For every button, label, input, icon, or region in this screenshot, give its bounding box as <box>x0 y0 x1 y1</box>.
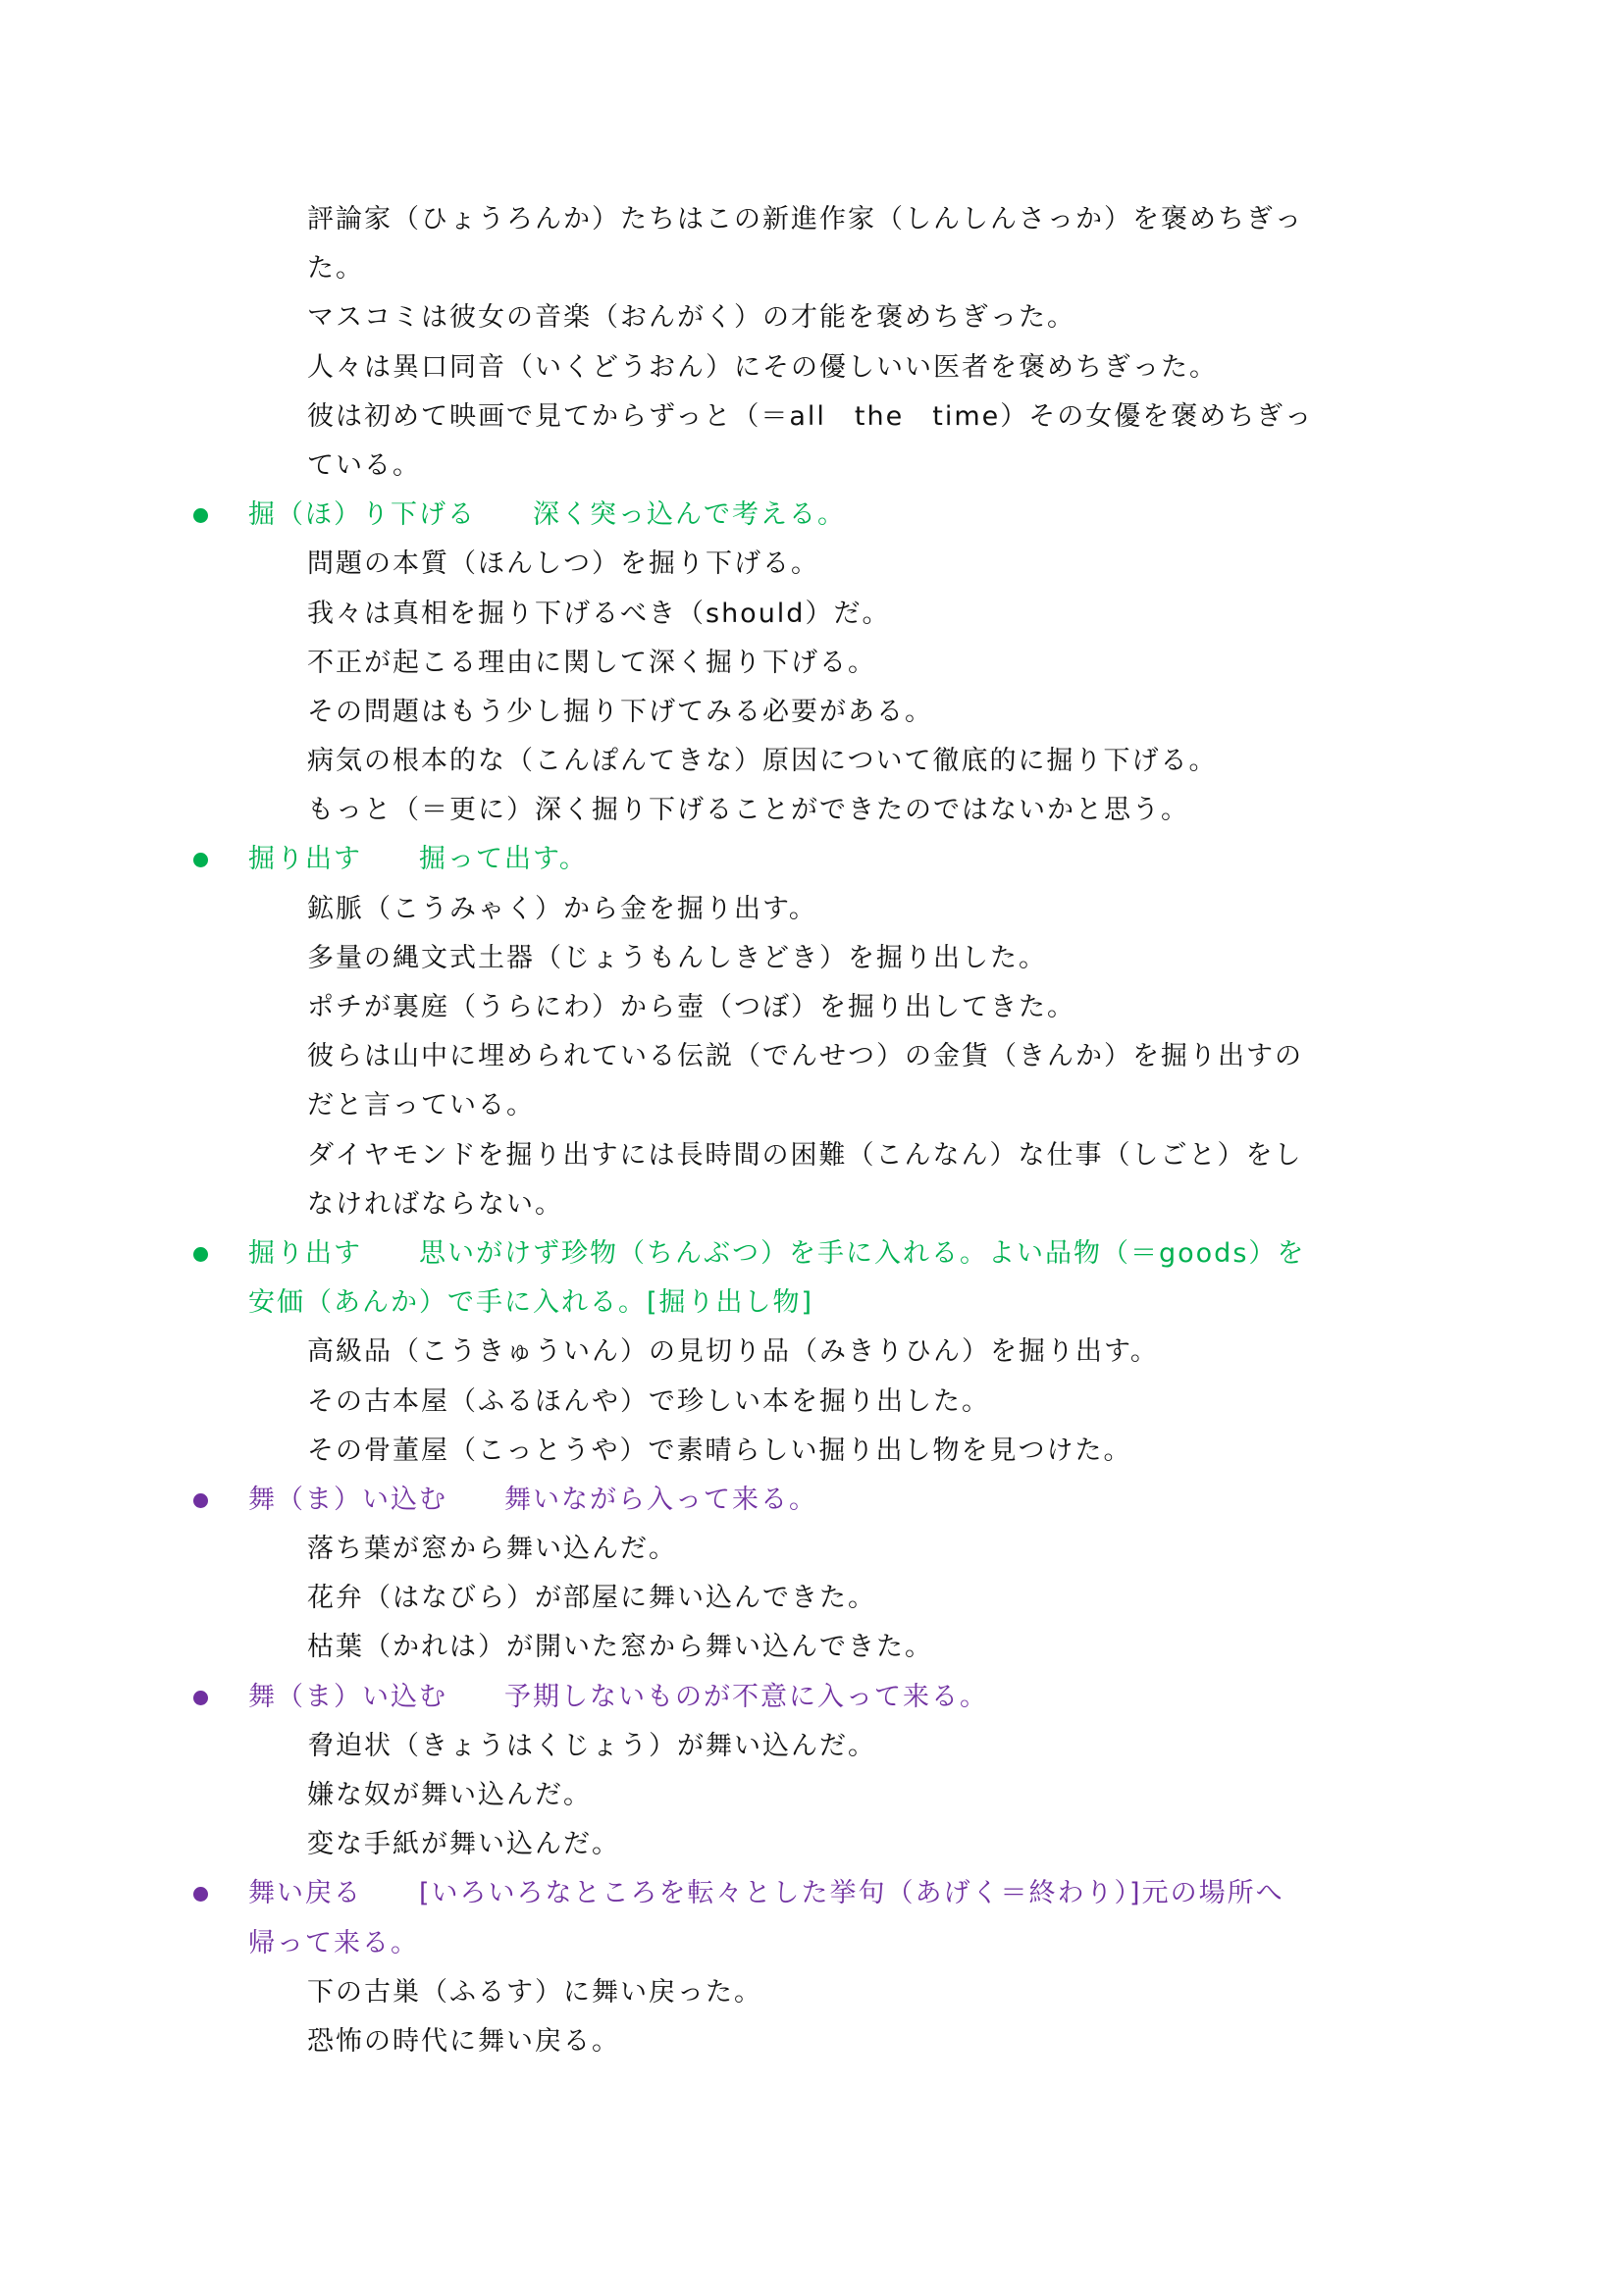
example-line: 彼らは山中に埋められている伝説（でんせつ）の金貨（きんか）を掘り出すの <box>0 1032 1624 1081</box>
entry-term: 舞（ま）い込む <box>248 1682 447 1712</box>
bullet-icon <box>193 508 208 523</box>
entry-heading: 掘り出す思いがけず珍物（ちんぶつ）を手に入れる。よい品物（＝goods）を <box>0 1229 1624 1278</box>
entry-definition: 舞いながら入って来る。 <box>504 1485 817 1515</box>
bullet-icon <box>193 1887 208 1902</box>
example-line: 我々は真相を掘り下げるべき（should）だ。 <box>0 590 1624 639</box>
entry-heading: 掘り出す掘って出す。 <box>0 835 1624 884</box>
entry-definition: 思いがけず珍物（ちんぶつ）を手に入れる。よい品物（＝goods）を <box>419 1238 1305 1269</box>
example-line: 問題の本質（ほんしつ）を掘り下げる。 <box>0 540 1624 589</box>
example-line: 下の古巣（ふるす）に舞い戻った。 <box>0 1968 1624 2017</box>
entry-definition-continued: 帰って来る。 <box>0 1919 1624 1968</box>
bullet-icon <box>193 1691 208 1705</box>
bullet-icon <box>193 853 208 867</box>
entry-definition: 予期しないものが不意に入って来る。 <box>504 1682 988 1712</box>
example-line: だと言っている。 <box>0 1081 1624 1130</box>
example-line: 人々は異口同音（いくどうおん）にその優しいい医者を褒めちぎった。 <box>0 343 1624 392</box>
example-line: 恐怖の時代に舞い戻る。 <box>0 2017 1624 2066</box>
entry-heading: 舞（ま）い込む予期しないものが不意に入って来る。 <box>0 1673 1624 1722</box>
example-line: マスコミは彼女の音楽（おんがく）の才能を褒めちぎった。 <box>0 293 1624 342</box>
entry-term: 舞（ま）い込む <box>248 1485 447 1515</box>
entry-definition: [いろいろなところを転々とした挙句（あげく＝終わり）]元の場所へ <box>419 1878 1284 1908</box>
example-line: 彼は初めて映画で見てからずっと（＝all the time）その女優を褒めちぎっ <box>0 392 1624 442</box>
entry-heading: 舞（ま）い込む舞いながら入って来る。 <box>0 1476 1624 1525</box>
example-line: 評論家（ひょうろんか）たちはこの新進作家（しんしんさっか）を褒めちぎっ <box>0 195 1624 244</box>
example-line: 落ち葉が窓から舞い込んだ。 <box>0 1525 1624 1574</box>
example-line: た。 <box>0 244 1624 293</box>
entry-term: 舞い戻る <box>248 1878 362 1908</box>
example-line: 脅迫状（きょうはくじょう）が舞い込んだ。 <box>0 1722 1624 1771</box>
example-line: 鉱脈（こうみゃく）から金を掘り出す。 <box>0 885 1624 934</box>
entry-term: 掘り出す <box>248 844 362 874</box>
example-line: もっと（＝更に）深く掘り下げることができたのではないかと思う。 <box>0 786 1624 835</box>
example-line: その古本屋（ふるほんや）で珍しい本を掘り出した。 <box>0 1378 1624 1427</box>
entry-term: 掘り出す <box>248 1238 362 1269</box>
example-line: 高級品（こうきゅういん）の見切り品（みきりひん）を掘り出す。 <box>0 1328 1624 1377</box>
entry-heading: 舞い戻る[いろいろなところを転々とした挙句（あげく＝終わり）]元の場所へ <box>0 1869 1624 1918</box>
example-line: 病気の根本的な（こんぽんてきな）原因について徹底的に掘り下げる。 <box>0 737 1624 786</box>
example-line: 枯葉（かれは）が開いた窓から舞い込んできた。 <box>0 1623 1624 1672</box>
entry-definition: 深く突っ込んで考える。 <box>533 499 846 530</box>
entry-definition-continued: 安価（あんか）で手に入れる。[掘り出し物] <box>0 1278 1624 1328</box>
example-line: 多量の縄文式土器（じょうもんしきどき）を掘り出した。 <box>0 934 1624 983</box>
example-line: その骨董屋（こっとうや）で素晴らしい掘り出し物を見つけた。 <box>0 1427 1624 1476</box>
example-line: その問題はもう少し掘り下げてみる必要がある。 <box>0 688 1624 737</box>
example-line: ダイヤモンドを掘り出すには長時間の困難（こんなん）な仕事（しごと）をし <box>0 1131 1624 1180</box>
bullet-icon <box>193 1247 208 1262</box>
entry-heading: 掘（ほ）り下げる深く突っ込んで考える。 <box>0 491 1624 540</box>
document-page: 評論家（ひょうろんか）たちはこの新進作家（しんしんさっか）を褒めちぎっ た。 マ… <box>0 195 1624 2066</box>
entry-definition: 掘って出す。 <box>419 844 588 874</box>
example-line: 嫌な奴が舞い込んだ。 <box>0 1771 1624 1820</box>
example-line: ポチが裏庭（うらにわ）から壺（つぼ）を掘り出してきた。 <box>0 983 1624 1032</box>
example-line: なければならない。 <box>0 1180 1624 1229</box>
bullet-icon <box>193 1493 208 1508</box>
example-line: 不正が起こる理由に関して深く掘り下げる。 <box>0 639 1624 688</box>
example-line: 変な手紙が舞い込んだ。 <box>0 1820 1624 1869</box>
example-line: 花弁（はなびら）が部屋に舞い込んできた。 <box>0 1574 1624 1623</box>
entry-term: 掘（ほ）り下げる <box>248 499 476 530</box>
example-line: ている。 <box>0 442 1624 491</box>
